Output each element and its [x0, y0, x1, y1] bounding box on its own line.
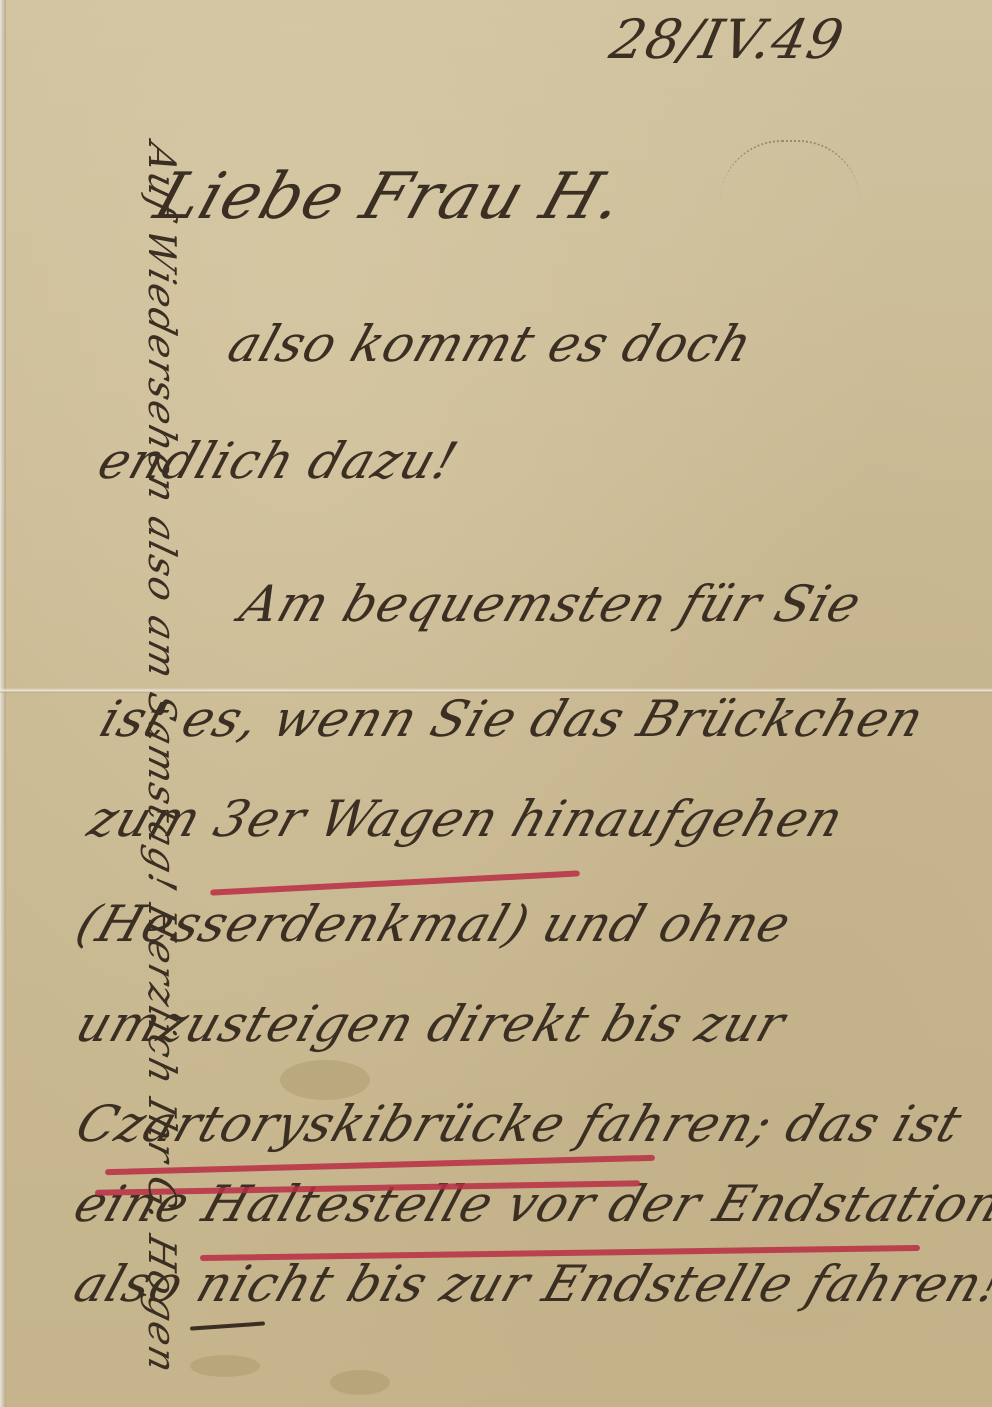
side-note: Auf Wiedersehen also am Samstag! Herzlic… [140, 138, 184, 1379]
card-edge [0, 0, 6, 1407]
red-underline [105, 1155, 655, 1175]
body-line-1: also kommt es doch [221, 315, 760, 373]
ink-underline [190, 1321, 265, 1330]
salutation: Liebe Frau H. [146, 160, 634, 234]
body-line-10: also nicht bis zur Endstelle fahren! [67, 1255, 992, 1313]
postmark-trace [720, 140, 860, 202]
date: 28/IV.49 [605, 8, 850, 71]
stain [280, 1060, 370, 1100]
stain [190, 1355, 260, 1377]
postcard: 28/IV.49 Liebe Frau H. also kommt es doc… [0, 0, 992, 1407]
body-line-3: Am bequemsten für Sie [233, 575, 869, 633]
body-line-8: Czartoryskibrücke fahren; das ist [69, 1095, 969, 1153]
red-underline [210, 870, 580, 895]
body-line-4: ist es, wenn Sie das Brückchen [93, 690, 931, 748]
stain [330, 1370, 390, 1395]
body-line-5: zum 3er Wagen hinaufgehen [81, 790, 851, 848]
